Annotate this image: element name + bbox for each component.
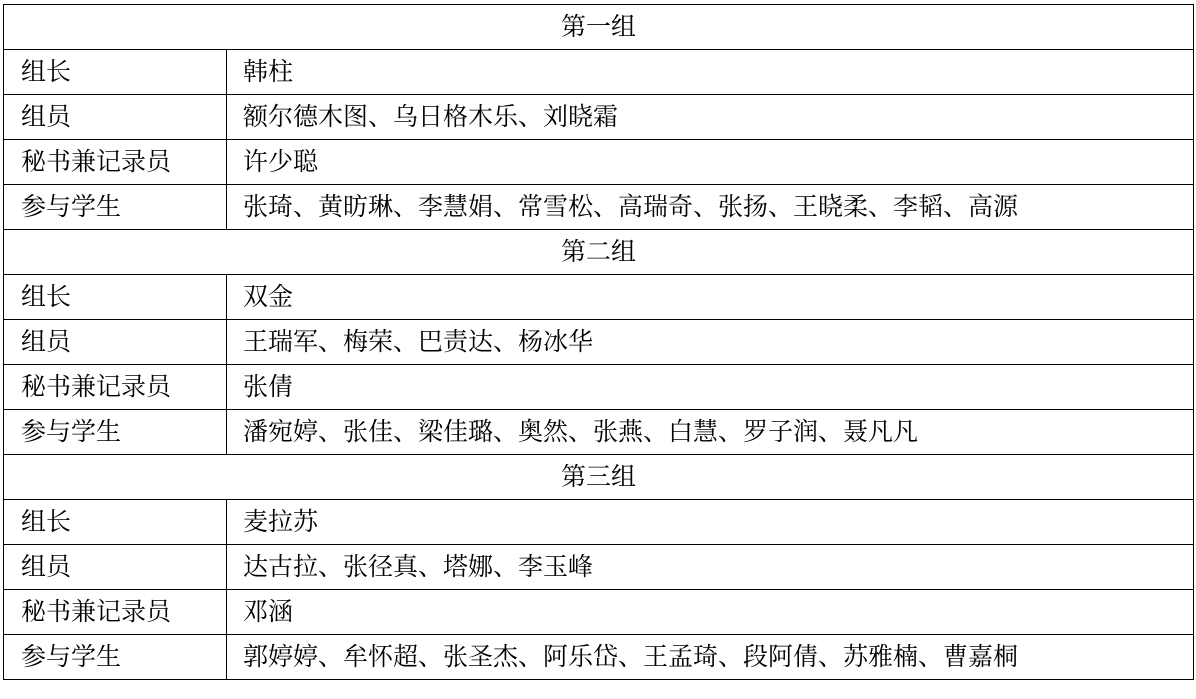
table-row: 组长 韩柱 — [4, 50, 1194, 95]
member-names: 韩柱 — [227, 50, 1194, 95]
table-row: 组员 王瑞军、梅荣、巴责达、杨冰华 — [4, 320, 1194, 365]
table-row: 组员 额尔德木图、乌日格木乐、刘晓霜 — [4, 95, 1194, 140]
member-names: 额尔德木图、乌日格木乐、刘晓霜 — [227, 95, 1194, 140]
table-row: 参与学生 郭婷婷、牟怀超、张圣杰、阿乐岱、王孟琦、段阿倩、苏雅楠、曹嘉桐 — [4, 635, 1194, 680]
group-title: 第一组 — [4, 5, 1194, 50]
member-names: 王瑞军、梅荣、巴责达、杨冰华 — [227, 320, 1194, 365]
table-row: 参与学生 潘宛婷、张佳、梁佳璐、奥然、张燕、白慧、罗子润、聂凡凡 — [4, 410, 1194, 455]
member-names: 双金 — [227, 275, 1194, 320]
member-names: 张倩 — [227, 365, 1194, 410]
role-label: 组员 — [4, 320, 227, 365]
role-label: 秘书兼记录员 — [4, 365, 227, 410]
table-row: 秘书兼记录员 张倩 — [4, 365, 1194, 410]
table-row: 组员 达古拉、张径真、塔娜、李玉峰 — [4, 545, 1194, 590]
role-label: 组长 — [4, 500, 227, 545]
role-label: 参与学生 — [4, 635, 227, 680]
table-row: 组长 麦拉苏 — [4, 500, 1194, 545]
member-names: 达古拉、张径真、塔娜、李玉峰 — [227, 545, 1194, 590]
role-label: 组长 — [4, 50, 227, 95]
role-label: 秘书兼记录员 — [4, 140, 227, 185]
role-label: 参与学生 — [4, 410, 227, 455]
table-row: 参与学生 张琦、黄昉琳、李慧娟、常雪松、高瑞奇、张扬、王晓柔、李韬、高源 — [4, 185, 1194, 230]
table-row: 秘书兼记录员 许少聪 — [4, 140, 1194, 185]
group-title: 第二组 — [4, 230, 1194, 275]
member-names: 潘宛婷、张佳、梁佳璐、奥然、张燕、白慧、罗子润、聂凡凡 — [227, 410, 1194, 455]
group-roster-table: 第一组 组长 韩柱 组员 额尔德木图、乌日格木乐、刘晓霜 秘书兼记录员 许少聪 … — [3, 4, 1194, 680]
group-title: 第三组 — [4, 455, 1194, 500]
role-label: 秘书兼记录员 — [4, 590, 227, 635]
member-names: 张琦、黄昉琳、李慧娟、常雪松、高瑞奇、张扬、王晓柔、李韬、高源 — [227, 185, 1194, 230]
member-names: 许少聪 — [227, 140, 1194, 185]
member-names: 麦拉苏 — [227, 500, 1194, 545]
role-label: 参与学生 — [4, 185, 227, 230]
member-names: 郭婷婷、牟怀超、张圣杰、阿乐岱、王孟琦、段阿倩、苏雅楠、曹嘉桐 — [227, 635, 1194, 680]
group-header-row: 第三组 — [4, 455, 1194, 500]
group-header-row: 第一组 — [4, 5, 1194, 50]
table-row: 秘书兼记录员 邓涵 — [4, 590, 1194, 635]
role-label: 组员 — [4, 95, 227, 140]
table-row: 组长 双金 — [4, 275, 1194, 320]
group-header-row: 第二组 — [4, 230, 1194, 275]
member-names: 邓涵 — [227, 590, 1194, 635]
role-label: 组员 — [4, 545, 227, 590]
role-label: 组长 — [4, 275, 227, 320]
